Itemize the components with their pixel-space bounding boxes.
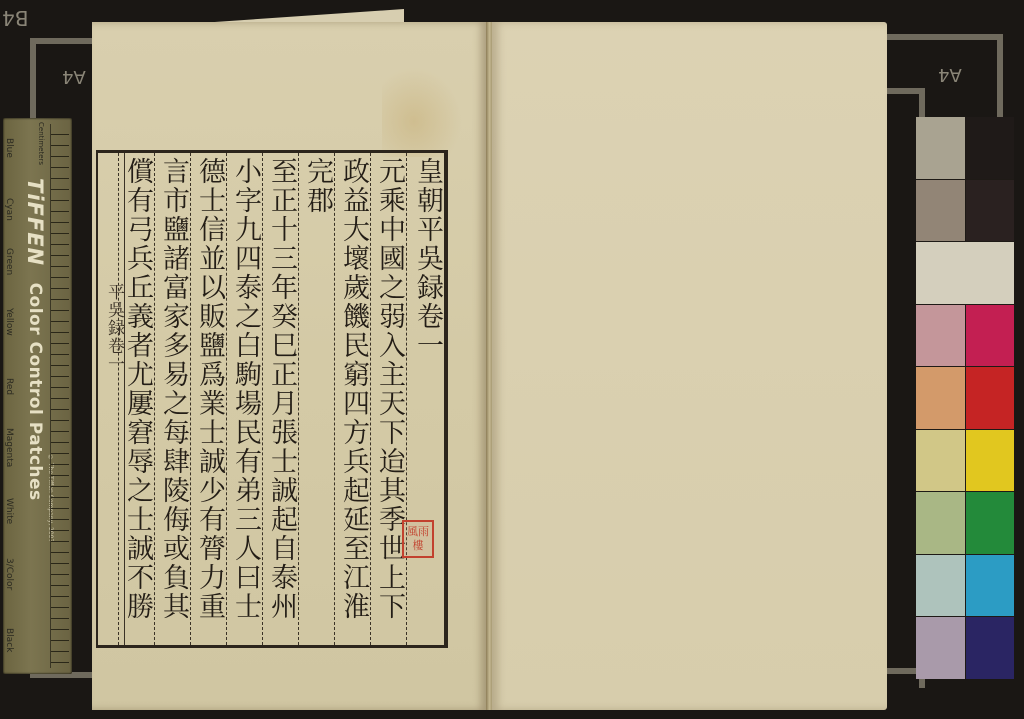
text-column-3: 完郡 <box>298 153 334 645</box>
text-column-4: 至正十三年癸巳正月張士誠起自泰州士誠 <box>262 153 298 645</box>
tiffen-color-ruler: Blue Cyan Green Yellow Red Magenta White… <box>3 118 72 674</box>
patch-mid-gray <box>916 180 965 242</box>
ruler-label-black: Black <box>4 628 14 652</box>
patch-light-blue <box>916 617 965 679</box>
patch-magenta <box>966 305 1015 367</box>
patch-light-gray <box>916 117 965 179</box>
ruler-brand: TiFFEN Color Control Patches <box>17 178 47 578</box>
right-page-blank <box>492 22 887 710</box>
fold-margin-column: 平吳録卷一 <box>102 153 125 645</box>
background-label-b4: B4 <box>2 6 28 30</box>
patch-yellow <box>966 430 1015 492</box>
ruler-color-labels: Blue Cyan Green Yellow Red Magenta White… <box>3 118 17 674</box>
red-collector-seal: 風雨樓 <box>402 520 434 558</box>
background-label-a4-left: A4 <box>62 66 86 87</box>
text-columns: 皇朝平吳録卷一 元乘中國之弱入主天下迨其季世上下淫樂 政益大壞歲饑民窮四方兵起延… <box>98 153 444 645</box>
patch-light-green <box>916 492 965 554</box>
ruler-label-green: Green <box>4 248 14 275</box>
text-column-6: 德士信並以販鹽爲業士誠少有膂力重遲寡 <box>190 153 226 645</box>
ruler-label-magenta: Magenta <box>4 428 14 467</box>
patch-black <box>966 117 1015 179</box>
water-stain <box>382 67 462 157</box>
ruler-label-cyan: Cyan <box>4 198 14 221</box>
patch-red <box>966 367 1015 429</box>
patch-light-yellow <box>916 430 965 492</box>
ruler-product-name: Color Control Patches <box>25 283 45 501</box>
ruler-label-white: White <box>4 498 14 524</box>
text-column-title: 皇朝平吳録卷一 <box>406 153 444 645</box>
color-control-chart <box>916 117 1014 679</box>
patch-dark-brown <box>966 180 1015 242</box>
background-label-a4-right: A4 <box>938 64 962 85</box>
patch-green <box>966 492 1015 554</box>
text-column-1: 元乘中國之弱入主天下迨其季世上下淫樂 <box>370 153 406 645</box>
patch-light-magenta <box>916 305 965 367</box>
text-column-5: 小字九四泰之白駒場民有弟三人曰士義士 <box>226 153 262 645</box>
page-fold-flap <box>200 9 404 23</box>
fold-margin-title: 平吳録卷一 <box>102 283 127 373</box>
tiffen-logo: TiFFEN <box>23 178 47 266</box>
ruler-label-3color: 3/Color <box>4 558 14 590</box>
ruler-label-yellow: Yellow <box>4 308 14 336</box>
text-column-2: 政益大壞歲饑民窮四方兵起延至江淮殆無 <box>334 153 370 645</box>
text-column-7: 言市鹽諸富家多易之每肆陵侮或負其直不 <box>154 153 190 645</box>
patch-light-red <box>916 367 965 429</box>
ruler-label-red: Red <box>4 378 14 395</box>
printed-text-block: 皇朝平吳録卷一 元乘中國之弱入主天下迨其季世上下淫樂 政益大壞歲饑民窮四方兵起延… <box>96 150 448 648</box>
patch-cyan <box>966 555 1015 617</box>
ruler-label-blue: Blue <box>4 138 14 158</box>
patch-blue <box>966 617 1015 679</box>
patch-light-cyan <box>916 555 965 617</box>
patch-white <box>916 242 1014 304</box>
ruler-tick-marks <box>50 124 69 668</box>
ruler-centimeters-label: Centimeters <box>37 122 45 165</box>
